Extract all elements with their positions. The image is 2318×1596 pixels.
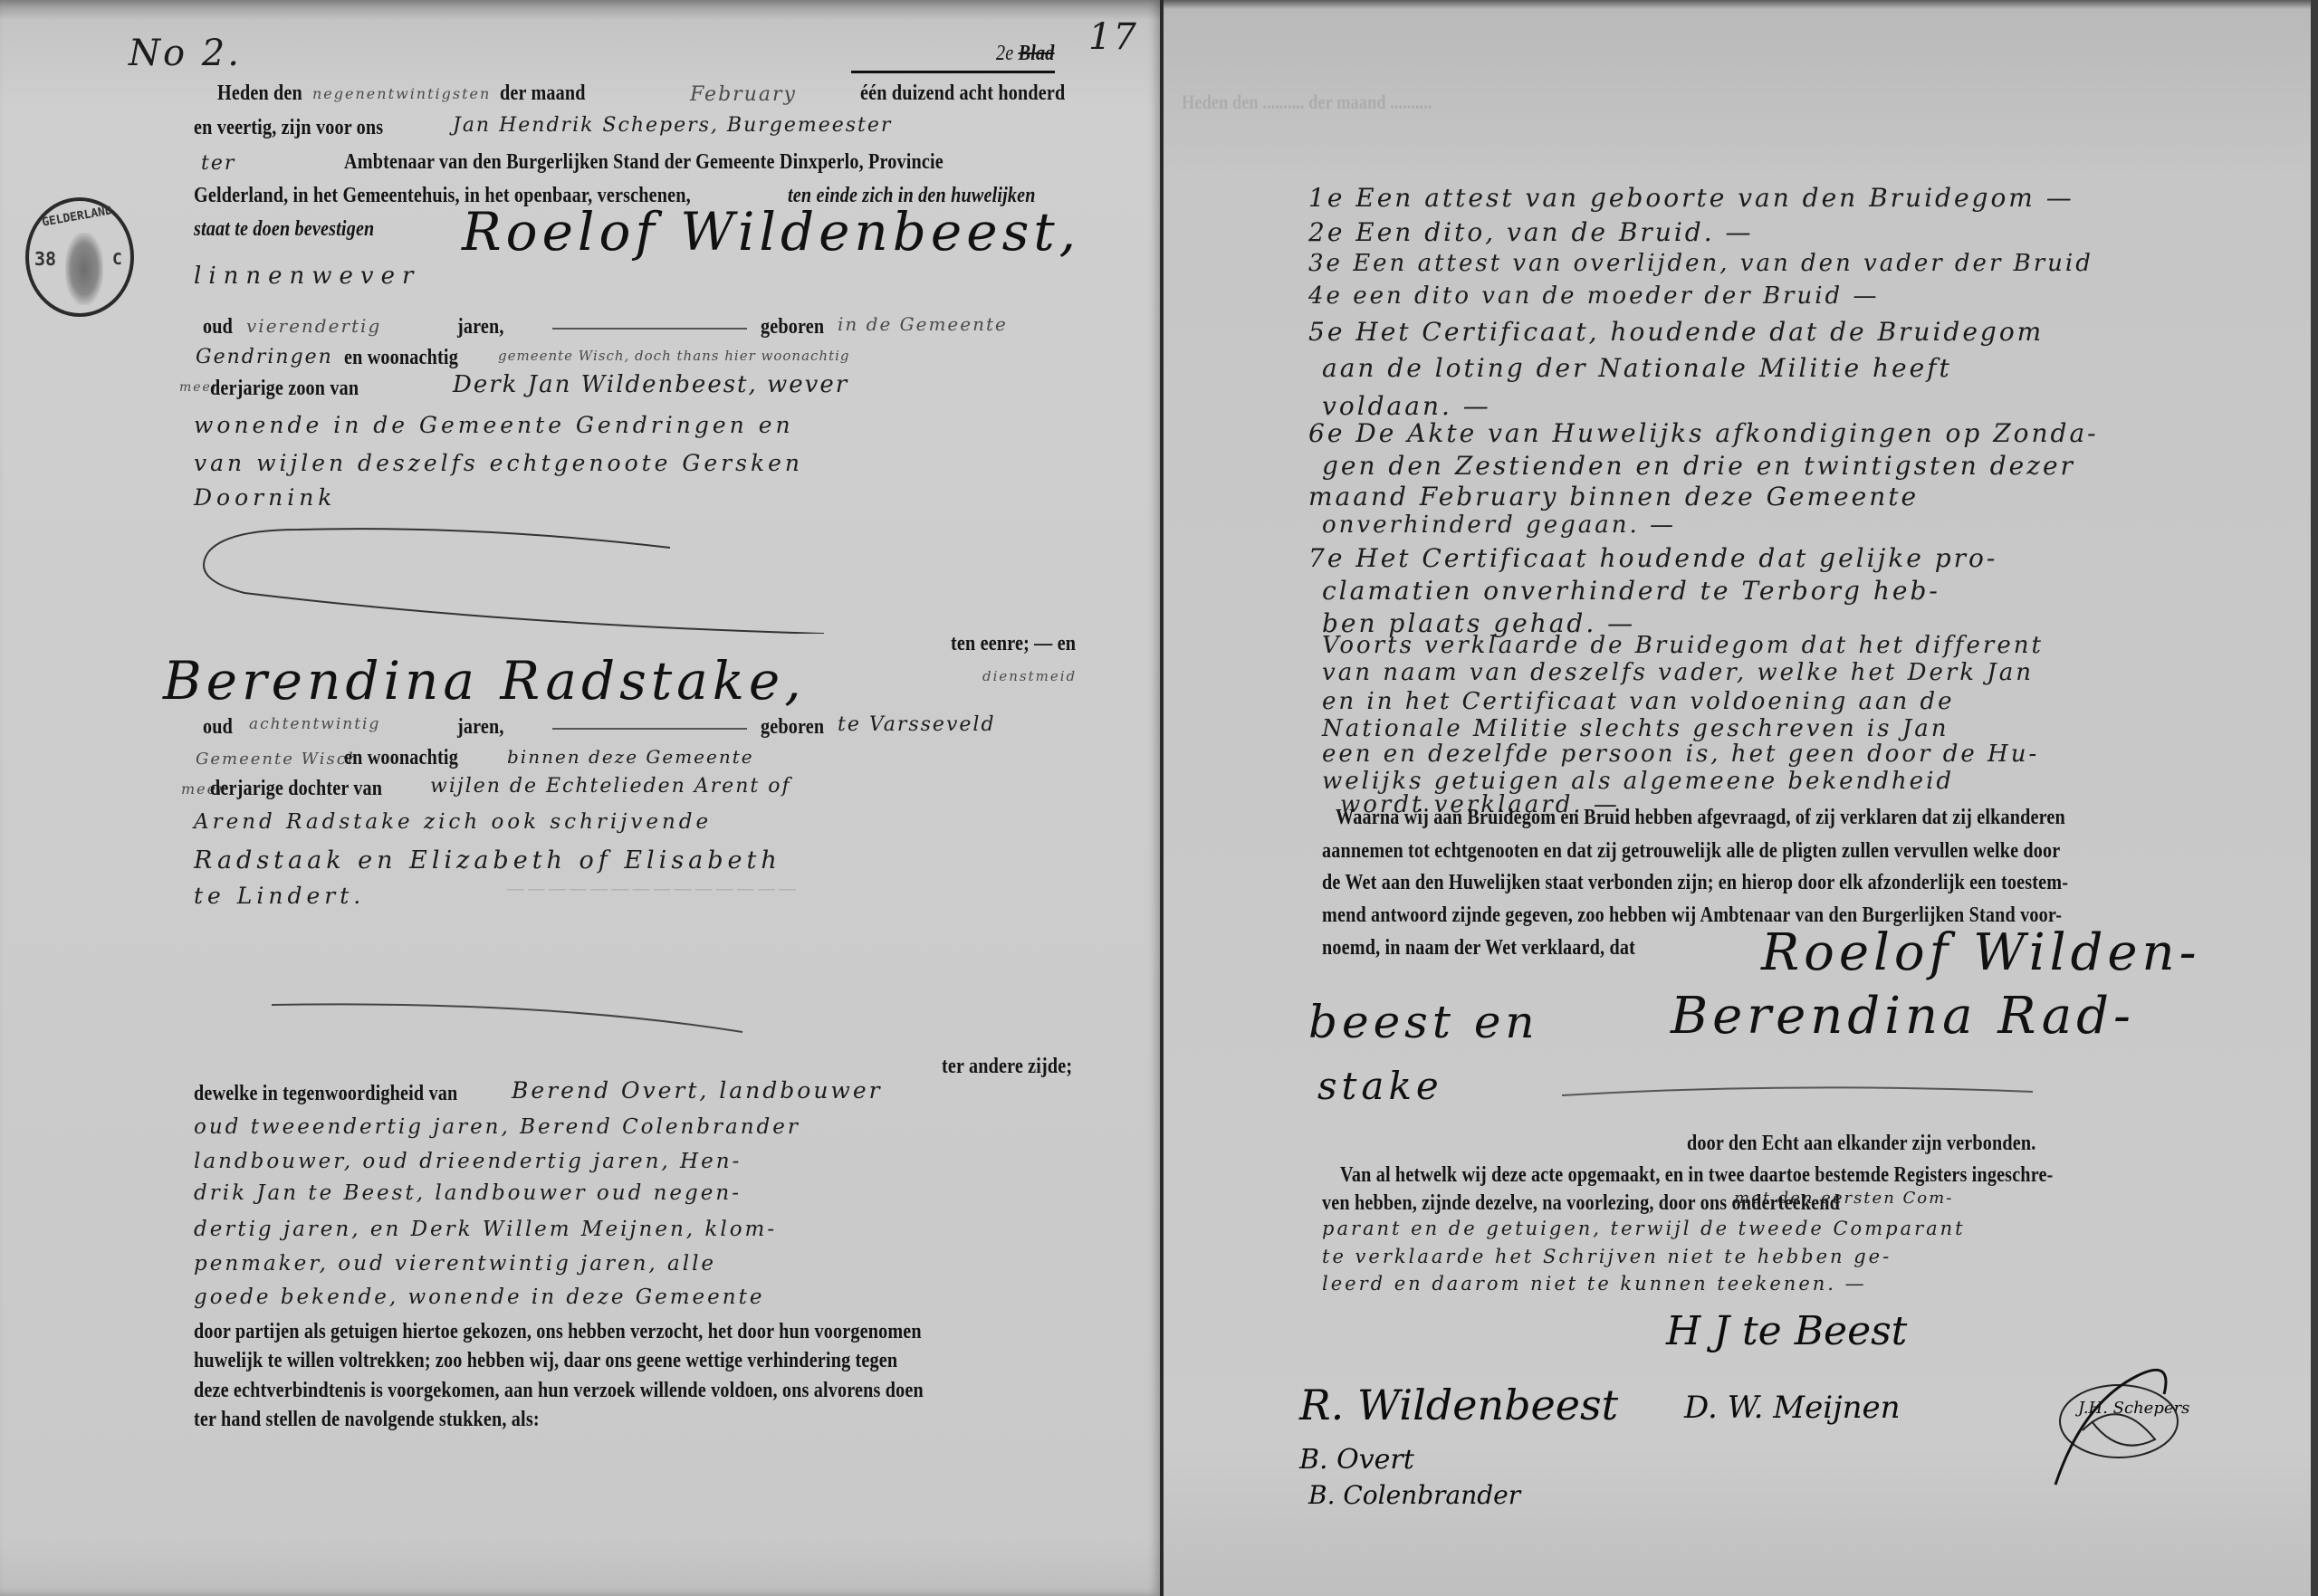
blad-word: Blad [1019, 42, 1055, 65]
doc-line-6: aan de loting der Nationale Militie heef… [1322, 353, 1952, 383]
doc-line-7: voldaan. — [1322, 391, 1491, 421]
stamp-left-text: 38 [34, 248, 56, 270]
gelderland-tax-stamp: GELDERLAND 38 C [25, 197, 134, 317]
doc-line-15: Voorts verklaarde de Bruidegom dat het d… [1322, 632, 2044, 659]
right-closing-print-1: Van al hetwelk wij deze acte opgemaakt, … [1340, 1163, 2053, 1188]
doc-line-5: 5e Het Certificaat, houdende dat de Brui… [1308, 317, 2044, 347]
bride-born-label: geboren [761, 715, 824, 740]
intro-print-3: Ambtenaar van den Burgerlijken Stand der… [344, 150, 943, 175]
right-closing-hand-3: te verklaarde het Schrijven niet te hebb… [1322, 1246, 1892, 1267]
header-rule [851, 71, 1055, 73]
vows-print-1: Waarna wij aan Bruidegom en Bruid hebben… [1336, 806, 2065, 830]
couple-hand-line-3: stake [1317, 1064, 1443, 1108]
right-closing-hand-1: met den eersten Com- [1734, 1189, 1953, 1208]
groom-age-rule [552, 328, 747, 330]
doc-line-18: Nationale Militie slechts geschreven is … [1322, 715, 1949, 742]
bride-occupation-hand: dienstmeid [982, 668, 1077, 684]
groom-son-label: derjarige zoon van [210, 377, 359, 401]
vows-print-3: de Wet aan den Huwelijken staat verbonde… [1322, 871, 2068, 895]
stamp-right-text: C [112, 250, 122, 269]
witnesses-hand-4: drik Jan te Beest, landbouwer oud negen- [194, 1181, 742, 1205]
crown-crest-icon [65, 233, 103, 305]
doc-line-11: onverhinderd gegaan. — [1322, 511, 1676, 539]
bride-age-label: oud [203, 715, 233, 740]
schepers-paraph-flourish [2028, 1358, 2191, 1494]
groom-residence-label: en woonachtig [344, 346, 458, 370]
bleed-through-text: — — — — — — — — — — — — — — [507, 876, 796, 900]
bride-parents-line-4: te Lindert. [194, 883, 365, 909]
bride-parents-hand: wijlen de Echtelieden Arent of [430, 775, 791, 798]
left-page: No 2. 2e Blad 17 Heden den negenentwinti… [0, 0, 1162, 1596]
closing-print-4: ter hand stellen de navolgende stukken, … [194, 1408, 540, 1432]
couple-hand-line-2a: beest en [1308, 996, 1539, 1048]
vows-print-2: aannemen tot echtgenooten en dat zij get… [1322, 839, 2060, 864]
bride-parents-line-3: Radstaak en Elizabeth of Elisabeth [194, 846, 781, 874]
couple-hand-line-1: Roelof Wilden- [1761, 923, 2201, 982]
right-closing-hand-2: parant en de getuigen, terwijl de tweede… [1322, 1218, 1966, 1239]
witnesses-hand-1: Berend Overt, landbouwer [512, 1077, 883, 1104]
bride-residence-hand: binnen deze Gemeente [507, 746, 754, 768]
doc-line-4: 4e een dito van de moeder der Bruid — [1308, 282, 1879, 310]
couple-hand-line-2b: Berendina Rad- [1671, 987, 2135, 1046]
closing-print-2: huwelijk te willen voltrekken; zoo hebbe… [194, 1349, 897, 1373]
signature-overt: B. Overt [1299, 1444, 1414, 1476]
right-page: Heden den .......... der maand .........… [1164, 0, 2318, 1596]
doc-line-1: 1e Een attest van geboorte van den Bruid… [1308, 183, 2074, 213]
intro-print-2: en veertig, zijn voor ons [194, 116, 383, 140]
groom-parents-line-2: wonende in de Gemeente Gendringen en [194, 412, 794, 438]
blad-label: 2e Blad [996, 42, 1054, 66]
bride-residence-label: en woonachtig [344, 746, 458, 770]
bride-age-hand: achtentwintig [249, 715, 380, 733]
intro-print-1: Heden den [217, 81, 302, 106]
official-ter-hand: ter [201, 152, 235, 175]
bride-daughter-label: derjarige dochter van [210, 777, 382, 801]
groom-age-jaren: jaren, [457, 315, 504, 339]
closing-print-3: deze echtverbindtenis is voorgekomen, aa… [194, 1379, 924, 1403]
witnesses-label: dewelke in tegenwoordigheid van [194, 1082, 457, 1106]
intro-print-1c: één duizend acht honderd [860, 81, 1065, 106]
witnesses-hand-6: penmaker, oud vierentwintig jaren, alle [194, 1252, 716, 1276]
doc-line-16: van naam van deszelfs vader, welke het D… [1322, 659, 2034, 686]
doc-line-19: een en dezelfde persoon is, het geen doo… [1322, 741, 2039, 768]
blad-number: 17 [1088, 16, 1138, 58]
bride-parents-line-2: Arend Radstake zich ook schrijvende [194, 810, 712, 834]
couple-flourish [1562, 1077, 2033, 1104]
groom-parents-line-3: van wijlen deszelfs echtgenoote Gersken [194, 450, 803, 476]
doc-line-12: 7e Het Certificaat houdende dat gelijke … [1308, 543, 1997, 573]
groom-age-label: oud [203, 315, 233, 339]
ten-eenre-label: ten eenre; — en [951, 632, 1076, 656]
bride-born-hand-2: Gemeente Wisch [196, 750, 359, 769]
bleed-through-header: Heden den .......... der maand .........… [1182, 91, 1432, 114]
blank-space-flourish-2 [272, 996, 996, 1050]
bride-born-hand: te Varsseveld [838, 713, 996, 736]
verbonden-print: door den Echt aan elkander zijn verbonde… [1687, 1132, 2035, 1156]
doc-line-2: 2e Een dito, van de Bruid. — [1308, 217, 1754, 247]
signature-wildenbeest: R. Wildenbeest [1299, 1381, 1618, 1429]
intro-day-hand: negenentwintigsten [312, 85, 491, 102]
ter-andere-zijde-label: ter andere zijde; [942, 1055, 1072, 1079]
witnesses-hand-7: goede bekende, wonende in deze Gemeente [194, 1285, 764, 1309]
doc-line-13: clamatien onverhinderd te Terborg heb- [1322, 576, 1940, 606]
signature-colenbrander: B. Colenbrander [1308, 1480, 1520, 1510]
doc-line-3: 3e Een attest van overlijden, van den va… [1308, 250, 2093, 277]
signature-te-beest: H J te Beest [1666, 1308, 1907, 1354]
intro-print-1b: der maand [500, 81, 586, 106]
doc-line-10: maand February binnen deze Gemeente [1308, 482, 1919, 511]
doc-line-8: 6e De Akte van Huwelijks afkondigingen o… [1308, 418, 2099, 448]
groom-born-hand-2: Gendringen [196, 346, 333, 368]
doc-line-9: gen den Zestienden en drie en twintigste… [1322, 451, 2075, 481]
groom-occupation-hand: linnenwever [194, 263, 420, 290]
bride-name-hand: Berendina Radstake, [163, 650, 806, 712]
official-name-hand: Jan Hendrik Schepers, Burgemeester [453, 114, 892, 137]
groom-father-hand: Derk Jan Wildenbeest, wever [453, 371, 848, 398]
witnesses-hand-3: landbouwer, oud drieendertig jaren, Hen- [194, 1150, 742, 1173]
bride-age-rule [552, 728, 747, 730]
record-number: No 2. [129, 33, 242, 74]
closing-print-1: door partijen als getuigen hiertoe gekoz… [194, 1320, 922, 1344]
groom-born-label: geboren [761, 315, 824, 339]
witnesses-hand-2: oud tweeendertig jaren, Berend Colenbran… [194, 1115, 800, 1139]
groom-born-hand: in de Gemeente [838, 313, 1008, 335]
groom-age-hand: vierendertig [246, 315, 381, 337]
right-page-edge [2311, 0, 2318, 1596]
stamp-top-text: GELDERLAND [41, 204, 113, 229]
groom-residence-hand: gemeente Wisch, doch thans hier woonacht… [498, 348, 850, 364]
doc-line-17: en in het Certificaat van voldoening aan… [1322, 688, 1955, 715]
blad-prefix: 2e [996, 42, 1013, 65]
witnesses-hand-5: dertig jaren, en Derk Willem Meijnen, kl… [194, 1218, 777, 1241]
signature-meijnen: D. W. Meijnen [1684, 1390, 1901, 1426]
vows-print-5: noemd, in naam der Wet verklaard, dat [1322, 936, 1635, 960]
bride-age-jaren: jaren, [457, 715, 504, 740]
groom-name-hand: Roelof Wildenbeest, [462, 201, 1080, 263]
right-closing-hand-4: leerd en daarom niet te kunnen teekenen.… [1322, 1273, 1867, 1295]
intro-month-hand: February [690, 83, 797, 106]
blank-space-flourish [190, 507, 1005, 634]
intro-print-5: staat te doen bevestigen [194, 217, 374, 242]
